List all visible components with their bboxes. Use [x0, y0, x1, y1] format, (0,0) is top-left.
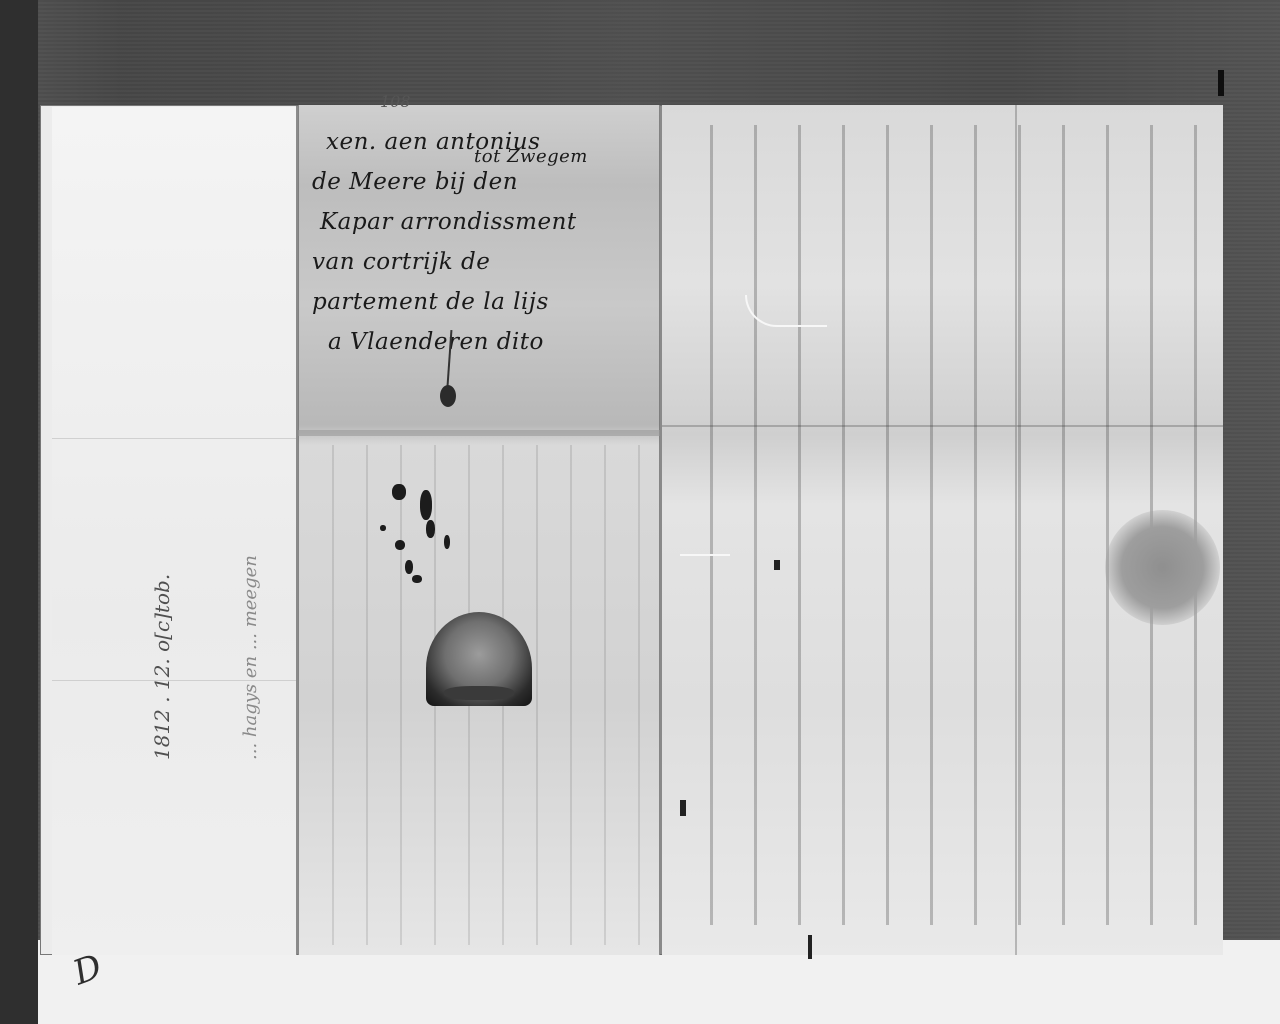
address-line: van cortrijk de [298, 242, 668, 282]
ink-mark [808, 935, 812, 959]
flourish-stroke [440, 385, 456, 407]
seal-residue [1105, 510, 1220, 625]
address-block: xen. aen antonius tot Zwegem de Meere bi… [298, 122, 668, 362]
corner-mark [1218, 70, 1224, 96]
address-line: de Meere bij den [298, 162, 668, 202]
left-panel [52, 107, 297, 955]
address-line: a Vlaenderen dito [298, 322, 668, 362]
folio-number: 108 [380, 92, 411, 111]
fold-line [298, 430, 660, 436]
ink-mark [774, 560, 780, 570]
margin-faint-note: ... hagys en ... meegen [240, 555, 261, 760]
margin-date-note: 1812 . 12. o[c]tob. [150, 574, 174, 760]
address-line: Kapar arrondissment [298, 202, 668, 242]
scan-edge [0, 0, 38, 1024]
address-line: partement de la lijs [298, 282, 668, 322]
ink-mark [680, 800, 686, 816]
fold-line [52, 438, 297, 439]
scan-scratch [680, 540, 730, 556]
